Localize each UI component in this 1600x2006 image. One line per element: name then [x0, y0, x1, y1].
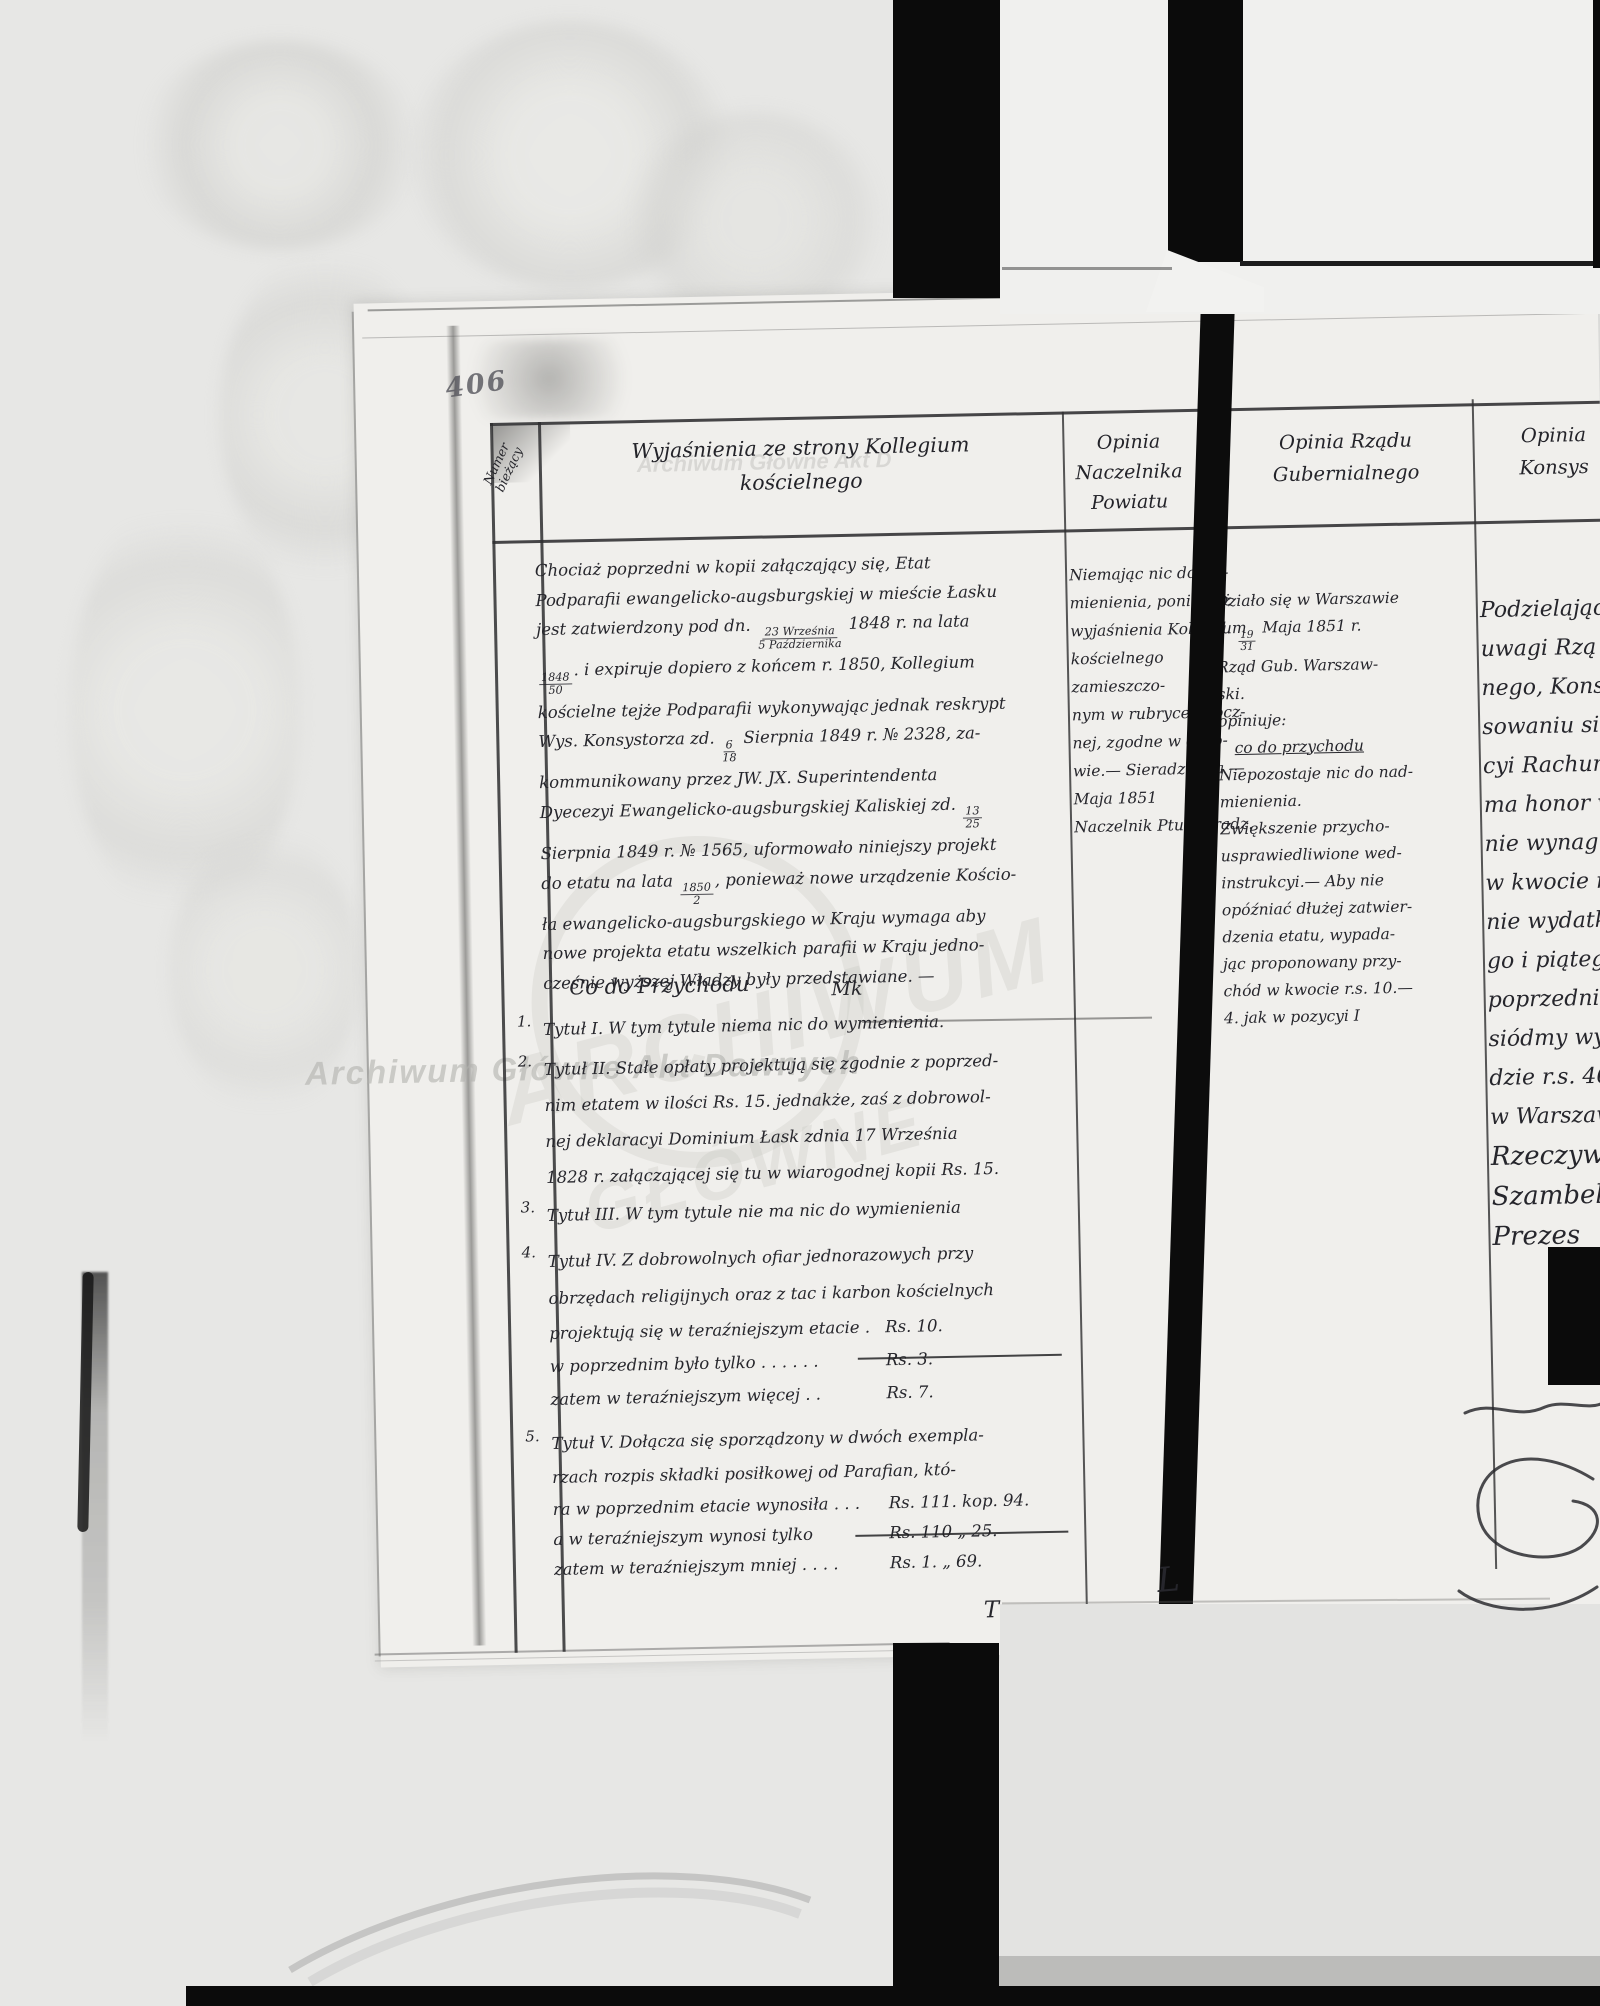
governorate-opinion-text: Działo się w Warszawied. 1931 Maja 1851 …	[1215, 583, 1474, 1031]
page-fold-line	[1002, 267, 1172, 270]
adjacent-page-bottom-right	[1000, 1604, 1600, 1958]
document-page: Archiwum Główne Akt D ARCHIWUM GŁÓWNE Ar…	[347, 263, 1600, 1673]
amount-value: Rs. 10.	[885, 1309, 943, 1343]
list-item-4: 4. Tytuł IV. Z dobrowolnych ofiar jednor…	[521, 1233, 1069, 1417]
item-text: Tytuł IV. Z dobrowolnych ofiar jednorazo…	[547, 1233, 1067, 1317]
header-consistory-opinion: Opinia Konsys	[1468, 418, 1600, 485]
microfilm-scan: { "pencil_number": "406", "watermarks": …	[0, 0, 1600, 2006]
page-fold-line	[1240, 261, 1600, 266]
item-number: 2.	[518, 1052, 547, 1196]
film-edge-sliver	[1593, 0, 1600, 268]
amount-value: Rs. 111. kop. 94.	[888, 1485, 1029, 1518]
marginal-flourish: L	[1155, 1559, 1181, 1601]
film-black-band	[1168, 0, 1243, 262]
marginal-initials: Mk	[831, 978, 862, 1001]
film-frame-mark	[1548, 1247, 1600, 1385]
film-black-strip-bottom	[893, 1643, 999, 1995]
item-number: 5.	[525, 1427, 554, 1585]
governorate-opinion-part2: Niepozostaje nic do nad- mienienia. Zwię…	[1219, 757, 1474, 1032]
explanations-paragraph: Chociaż poprzedni w kopii załączający si…	[535, 546, 1064, 999]
film-black-strip-top	[893, 0, 1000, 298]
film-black-band-bottom	[186, 1986, 1600, 2006]
header-district-chief-opinion: Opinia Naczelnika Powiatu	[1038, 425, 1220, 519]
item-number: 1.	[517, 1012, 544, 1049]
header-governorate-opinion: Opinia Rządu Gubernialnego	[1245, 424, 1446, 492]
paper-stain	[140, 40, 420, 250]
consistory-opinion-lines: Podzielając uwagi Rzą nego, Konsy sowani…	[1480, 587, 1600, 1138]
consistory-signature-titles: Rzeczywis Szambelan Prezes	[1490, 1132, 1600, 1257]
consistory-opinion-text: Podzielając uwagi Rzą nego, Konsy sowani…	[1480, 587, 1600, 1257]
governorate-opinion-part1: Działo się w Warszawied. 1931 Maja 1851 …	[1215, 583, 1468, 735]
item-number: 3.	[521, 1198, 548, 1235]
amount-value: Rs. 1. „ 69.	[890, 1546, 983, 1578]
item-number: 4.	[521, 1243, 550, 1416]
amount-value: Rs. 3.	[886, 1342, 934, 1376]
signature-flourish	[1455, 1395, 1600, 1625]
amount-value: Rs. 7.	[886, 1375, 934, 1409]
paper-crease	[120, 1790, 920, 1990]
header-explanations: Wyjaśnienia ze strony Kollegium kościeln…	[600, 427, 1001, 503]
list-item-2: 2. Tytuł II. Stałe opłaty projektują się…	[518, 1042, 1066, 1197]
item-text: Tytuł V. Dołącza się sporządzony w dwóch…	[551, 1417, 1071, 1495]
item-text: Tytuł II. Stałe opłaty projektują się zg…	[544, 1042, 1066, 1196]
list-item-5: 5. Tytuł V. Dołącza się sporządzony w dw…	[525, 1417, 1073, 1586]
